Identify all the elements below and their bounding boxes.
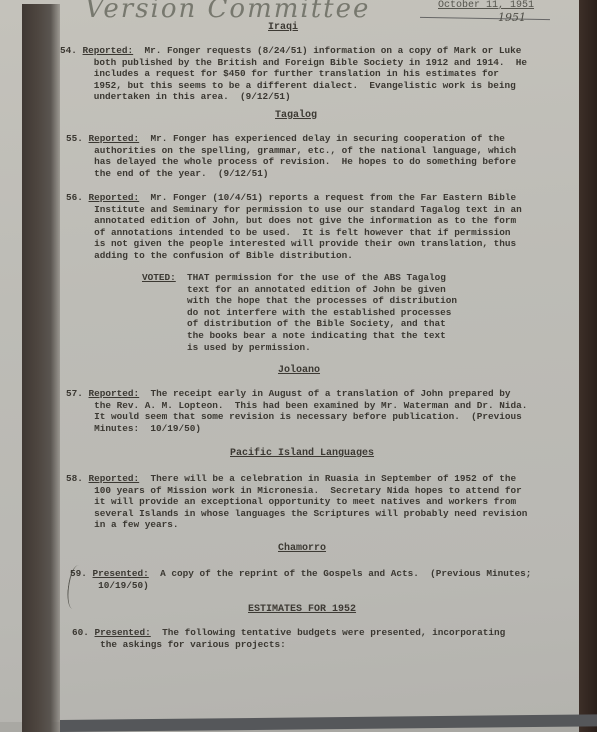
item-number: 59. xyxy=(70,568,87,579)
minute-item-56: 56. Reported: Mr. Fonger (10/4/51) repor… xyxy=(66,192,522,262)
background-right xyxy=(579,0,597,732)
binding-strip xyxy=(22,4,60,732)
item-line: annotated edition of John, but does not … xyxy=(94,215,516,226)
item-line: A copy of the reprint of the Gospels and… xyxy=(160,568,531,579)
item-line: the askings for various projects: xyxy=(100,639,286,650)
section-heading-chamorro: Chamorro xyxy=(278,543,326,554)
voted-resolution: VOTED: THAT permission for the use of th… xyxy=(142,272,457,353)
item-number: 60. xyxy=(72,627,89,638)
item-line: several Islands in whose languages the S… xyxy=(94,508,527,519)
voted-line: with the hope that the processes of dist… xyxy=(187,295,457,306)
item-line: Mr. Fonger (10/4/51) reports a request f… xyxy=(150,192,516,203)
item-line: Minutes: 10/19/50) xyxy=(94,423,201,434)
minute-item-60: 60. Presented: The following tentative b… xyxy=(72,627,505,650)
item-line: includes a request for $450 for further … xyxy=(94,68,499,79)
item-label: Reported: xyxy=(89,473,140,484)
item-line: of annotations intended to be used. It i… xyxy=(94,227,510,238)
item-label: Presented: xyxy=(93,568,149,579)
minute-item-54: 54. Reported: Mr. Fonger requests (8/24/… xyxy=(60,45,527,103)
item-label: Reported: xyxy=(89,133,140,144)
item-line: both published by the British and Foreig… xyxy=(94,57,527,68)
voted-line: THAT permission for the use of the ABS T… xyxy=(187,272,446,283)
item-label: Reported: xyxy=(89,388,140,399)
item-line: adding to the confusion of Bible distrib… xyxy=(94,250,353,261)
voted-line: of distribution of the Bible Society, an… xyxy=(187,318,446,329)
item-line: The receipt early in August of a transla… xyxy=(150,388,510,399)
section-heading-iraqi: Iraqi xyxy=(268,22,298,33)
typed-date: October 11, 1951 xyxy=(438,0,534,11)
item-label: Presented: xyxy=(95,627,151,638)
minute-item-58: 58. Reported: There will be a celebratio… xyxy=(66,473,527,531)
voted-line: the books bear a note indicating that th… xyxy=(187,330,446,341)
minute-item-55: 55. Reported: Mr. Fonger has experienced… xyxy=(66,133,516,179)
voted-line: is used by permission. xyxy=(187,342,311,353)
voted-label: VOTED: xyxy=(142,272,176,283)
handwritten-year: 1951 xyxy=(498,11,526,24)
item-line: has delayed the whole process of revisio… xyxy=(94,156,516,167)
item-line: Mr. Fonger has experienced delay in secu… xyxy=(150,133,504,144)
item-label: Reported: xyxy=(83,45,134,56)
date-strike-line xyxy=(420,17,550,20)
item-line: authorities on the spelling, grammar, et… xyxy=(94,145,516,156)
item-line: undertaken in this area. (9/12/51) xyxy=(94,91,291,102)
item-number: 57. xyxy=(66,388,83,399)
item-line: There will be a celebration in Ruasia in… xyxy=(150,473,516,484)
item-line: the end of the year. (9/12/51) xyxy=(94,168,268,179)
handwritten-title: Version Committee xyxy=(85,0,370,24)
minute-item-59: 59. Presented: A copy of the reprint of … xyxy=(70,568,531,591)
section-heading-joloano: Joloano xyxy=(278,365,320,376)
section-heading-pacific-island-languages: Pacific Island Languages xyxy=(230,448,374,459)
item-line: it will provide an exceptional opportuni… xyxy=(94,496,516,507)
item-number: 56. xyxy=(66,192,83,203)
item-line: 10/19/50) xyxy=(98,580,149,591)
item-line: in a few years. xyxy=(94,519,178,530)
item-line: 100 years of Mission work in Micronesia.… xyxy=(94,485,522,496)
minute-item-57: 57. Reported: The receipt early in Augus… xyxy=(66,388,527,434)
item-number: 58. xyxy=(66,473,83,484)
item-line: is not given the people interested will … xyxy=(94,238,516,249)
section-heading-estimates-1952: ESTIMATES FOR 1952 xyxy=(248,604,356,615)
item-number: 55. xyxy=(66,133,83,144)
item-line: Institute and Seminary for permission to… xyxy=(94,204,522,215)
item-line: the Rev. A. M. Lopteon. This had been ex… xyxy=(94,400,527,411)
item-line: The following tentative budgets were pre… xyxy=(162,627,505,638)
section-heading-tagalog: Tagalog xyxy=(275,110,317,121)
item-line: It would seem that some revision is nece… xyxy=(94,411,522,422)
item-line: Mr. Fonger requests (8/24/51) informatio… xyxy=(144,45,521,56)
item-number: 54. xyxy=(60,45,77,56)
item-line: 1952, but this seems to be a different d… xyxy=(94,80,516,91)
document-page: Version Committee October 11, 1951 1951 … xyxy=(0,0,579,722)
voted-line: text for an annotated edition of John be… xyxy=(187,284,446,295)
item-label: Reported: xyxy=(89,192,140,203)
voted-line: do not interfere with the established pr… xyxy=(187,307,451,318)
